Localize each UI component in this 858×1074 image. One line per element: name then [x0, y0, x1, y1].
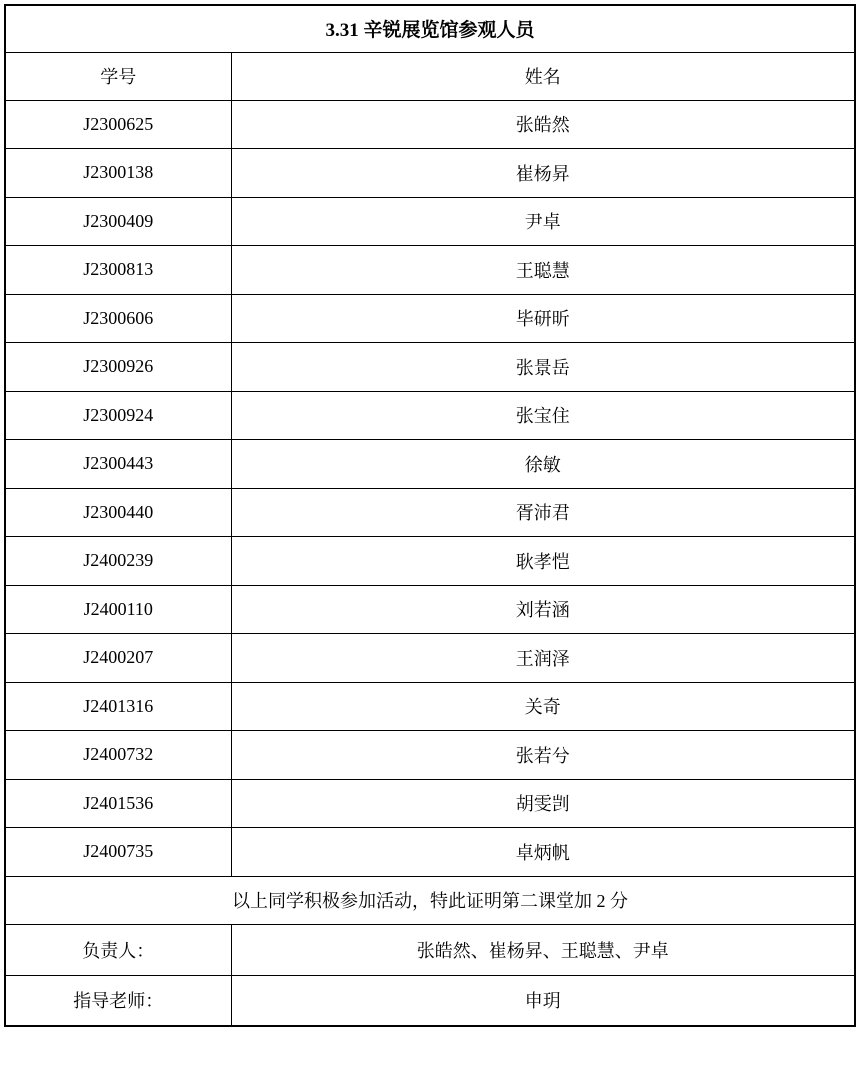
student-id-cell: J2400239: [5, 537, 231, 586]
table-header-row: 学号 姓名: [5, 52, 855, 100]
teacher-label: 指导老师：: [5, 975, 231, 1026]
table-row: J2300926张景岳: [5, 343, 855, 392]
student-name-cell: 耿孝恺: [231, 537, 855, 586]
student-name-cell: 关奇: [231, 682, 855, 731]
table-row: J2300625张皓然: [5, 100, 855, 149]
table-row: J2300813王聪慧: [5, 246, 855, 295]
student-name-cell: 刘若涵: [231, 585, 855, 634]
student-id-cell: J2300924: [5, 391, 231, 440]
student-name-cell: 张若兮: [231, 731, 855, 780]
student-name-cell: 王润泽: [231, 634, 855, 683]
student-id-cell: J2300926: [5, 343, 231, 392]
student-id-cell: J2300409: [5, 197, 231, 246]
leader-label: 负责人：: [5, 924, 231, 975]
table-row: J2400110刘若涵: [5, 585, 855, 634]
student-name-cell: 张皓然: [231, 100, 855, 149]
table-title: 3.31 辛锐展览馆参观人员: [5, 5, 855, 52]
student-name-cell: 尹卓: [231, 197, 855, 246]
attendance-table: 3.31 辛锐展览馆参观人员 学号 姓名 J2300625张皓然J2300138…: [4, 4, 856, 1027]
student-id-cell: J2400207: [5, 634, 231, 683]
student-name-cell: 胥沛君: [231, 488, 855, 537]
table-row: J2401316关奇: [5, 682, 855, 731]
table-row: J2300409尹卓: [5, 197, 855, 246]
student-name-cell: 张景岳: [231, 343, 855, 392]
student-name-cell: 卓炳帆: [231, 828, 855, 877]
table-row: J2300924张宝住: [5, 391, 855, 440]
student-id-cell: J2400110: [5, 585, 231, 634]
table-body: J2300625张皓然J2300138崔杨昇J2300409尹卓J2300813…: [5, 100, 855, 876]
teacher-name: 申玥: [231, 975, 855, 1026]
student-id-cell: J2400735: [5, 828, 231, 877]
student-name-cell: 崔杨昇: [231, 149, 855, 198]
student-id-cell: J2401316: [5, 682, 231, 731]
column-header-name: 姓名: [231, 52, 855, 100]
student-id-cell: J2300813: [5, 246, 231, 295]
column-header-student-id: 学号: [5, 52, 231, 100]
student-name-cell: 胡雯剀: [231, 779, 855, 828]
student-id-cell: J2300625: [5, 100, 231, 149]
leader-row: 负责人： 张皓然、崔杨昇、王聪慧、尹卓: [5, 924, 855, 975]
table-title-row: 3.31 辛锐展览馆参观人员: [5, 5, 855, 52]
student-id-cell: J2300440: [5, 488, 231, 537]
table-row: J2300440胥沛君: [5, 488, 855, 537]
table-row: J2400735卓炳帆: [5, 828, 855, 877]
table-row: J2400207王润泽: [5, 634, 855, 683]
teacher-row: 指导老师： 申玥: [5, 975, 855, 1026]
table-row: J2300443徐敏: [5, 440, 855, 489]
table-row: J2300606毕研昕: [5, 294, 855, 343]
table-row: J2400732张若兮: [5, 731, 855, 780]
student-name-cell: 王聪慧: [231, 246, 855, 295]
student-name-cell: 徐敏: [231, 440, 855, 489]
student-id-cell: J2300138: [5, 149, 231, 198]
table-row: J2400239耿孝恺: [5, 537, 855, 586]
student-name-cell: 张宝住: [231, 391, 855, 440]
table-row: J2401536胡雯剀: [5, 779, 855, 828]
student-id-cell: J2300443: [5, 440, 231, 489]
note-row: 以上同学积极参加活动，特此证明第二课堂加 2 分: [5, 876, 855, 924]
leader-names: 张皓然、崔杨昇、王聪慧、尹卓: [231, 924, 855, 975]
table-row: J2300138崔杨昇: [5, 149, 855, 198]
note-text: 以上同学积极参加活动，特此证明第二课堂加 2 分: [5, 876, 855, 924]
student-id-cell: J2300606: [5, 294, 231, 343]
student-id-cell: J2401536: [5, 779, 231, 828]
student-name-cell: 毕研昕: [231, 294, 855, 343]
student-id-cell: J2400732: [5, 731, 231, 780]
document-page: 3.31 辛锐展览馆参观人员 学号 姓名 J2300625张皓然J2300138…: [0, 0, 858, 1074]
